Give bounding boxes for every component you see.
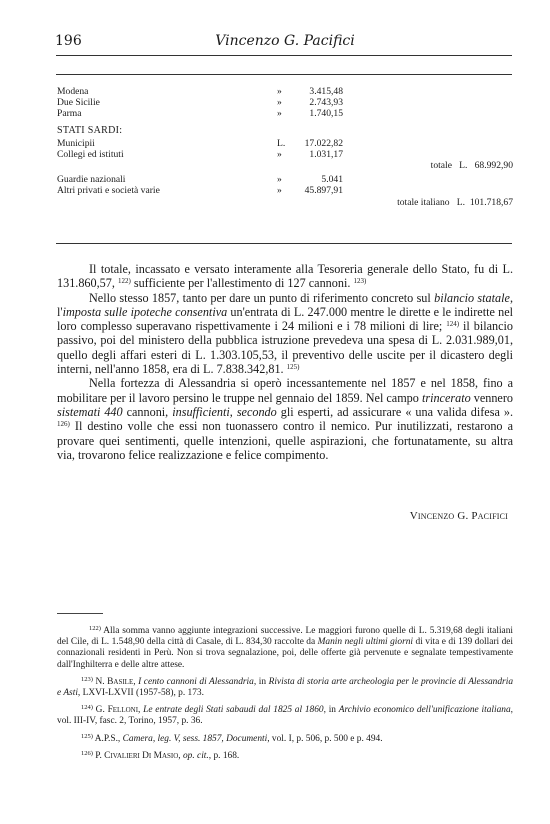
author-name: Felloni <box>108 705 138 715</box>
table-bottom-rule <box>56 243 512 244</box>
italic-text: bilancio statale <box>434 291 510 305</box>
row-amount: 1.740,15 <box>291 108 343 119</box>
row-label: Modena <box>57 86 88 97</box>
row-amount: 1.031,17 <box>291 149 343 160</box>
italic-text: sistemati 440 <box>57 405 123 419</box>
row-amount: 3.415,48 <box>291 86 343 97</box>
table-row: Parma»1.740,15 <box>57 108 517 119</box>
paragraph: Nello stesso 1857, tanto per dare un pun… <box>57 291 513 377</box>
footnote-ref: 123) <box>353 277 366 285</box>
row-label: Due Sicilie <box>57 97 100 108</box>
author-name: Basile <box>107 677 133 687</box>
footnote-ref: 125) <box>287 363 300 371</box>
footnote: 124) G. Felloni, Le entrate degli Stati … <box>57 705 513 727</box>
footnote: 125) A.P.S., Camera, leg. V, sess. 1857,… <box>57 734 513 745</box>
italic-text: Archivio economico dell'unificazione ita… <box>339 705 511 715</box>
running-title: Vincenzo G. Pacifici <box>0 33 550 49</box>
footnote-ref: 122) <box>118 277 131 285</box>
row-amount: 2.743,93 <box>291 97 343 108</box>
row-amount: 45.897,91 <box>291 185 343 196</box>
subtotal-row: totale L. 68.992,90 <box>57 160 517 171</box>
subtotal: totale L. 68.992,90 <box>431 160 513 171</box>
paragraph: Nella fortezza di Alessandria si operò i… <box>57 376 513 462</box>
row-label: Parma <box>57 108 82 119</box>
table-row: MunicipiiL.17.022,82 <box>57 138 517 149</box>
italic-text: op. cit. <box>183 751 209 761</box>
italic-text: Camera, leg. V, sess. 1857, Documenti <box>123 734 268 744</box>
row-label: Altri privati e società varie <box>57 185 160 196</box>
row-label: Guardie nazionali <box>57 174 125 185</box>
grand-total: totale italiano L. 101.718,67 <box>397 197 513 208</box>
footnote-number: 122) <box>89 625 101 632</box>
paragraph: Il totale, incassato e versato interamen… <box>57 262 513 291</box>
footnote-number: 124) <box>81 704 93 711</box>
table-row: Altri privati e società varie»45.897,91 <box>57 185 517 196</box>
italic-text: Manin <box>318 637 342 647</box>
footnote: 123) N. Basile, I cento cannoni di Aless… <box>57 677 513 699</box>
contributions-table: Modena»3.415,48Due Sicilie»2.743,93Parma… <box>57 86 517 208</box>
italic-text: imposta sulle ipoteche consentiva <box>63 305 228 319</box>
row-label: Municipii <box>57 138 95 149</box>
footnote-ref: 126) <box>57 420 70 428</box>
footnote-separator <box>57 613 103 614</box>
footnote-number: 123) <box>81 676 93 683</box>
header-rule <box>56 55 512 56</box>
table-row: Guardie nazionali»5.041 <box>57 174 517 185</box>
table-row: Due Sicilie»2.743,93 <box>57 97 517 108</box>
footnotes: 122) Alla somma vanno aggiunte integrazi… <box>57 626 513 768</box>
italic-text: negli ultimi giorni <box>345 637 413 647</box>
section-heading-stati-sardi: STATI SARDI: <box>57 123 517 138</box>
table-top-rule <box>56 74 512 75</box>
table-row: Collegi ed istituti»1.031,17 <box>57 149 517 160</box>
grand-total-row: totale italiano L. 101.718,67 <box>57 197 517 208</box>
row-amount: 17.022,82 <box>291 138 343 149</box>
footnote-ref: 124) <box>446 320 459 328</box>
italic-text: secondo <box>237 405 277 419</box>
footnote: 122) Alla somma vanno aggiunte integrazi… <box>57 626 513 671</box>
italic-text: I cento cannoni di Alessandria <box>138 677 254 687</box>
footnote: 126) P. Civalieri Di Masio, op. cit., p.… <box>57 751 513 762</box>
row-amount: 5.041 <box>291 174 343 185</box>
author-name: Civalieri Di Masio <box>104 751 178 761</box>
footnote-number: 125) <box>81 733 93 740</box>
italic-text: insufficienti <box>172 405 230 419</box>
italic-text: Le entrate degli Stati sabaudi dal 1825 … <box>143 705 323 715</box>
body-text: Il totale, incassato e versato interamen… <box>57 262 513 462</box>
author-signature: Vincenzo G. Pacifici <box>410 510 508 522</box>
italic-text: trincerato <box>422 391 471 405</box>
table-row: Modena»3.415,48 <box>57 86 517 97</box>
footnote-number: 126) <box>81 750 93 757</box>
row-label: Collegi ed istituti <box>57 149 124 160</box>
